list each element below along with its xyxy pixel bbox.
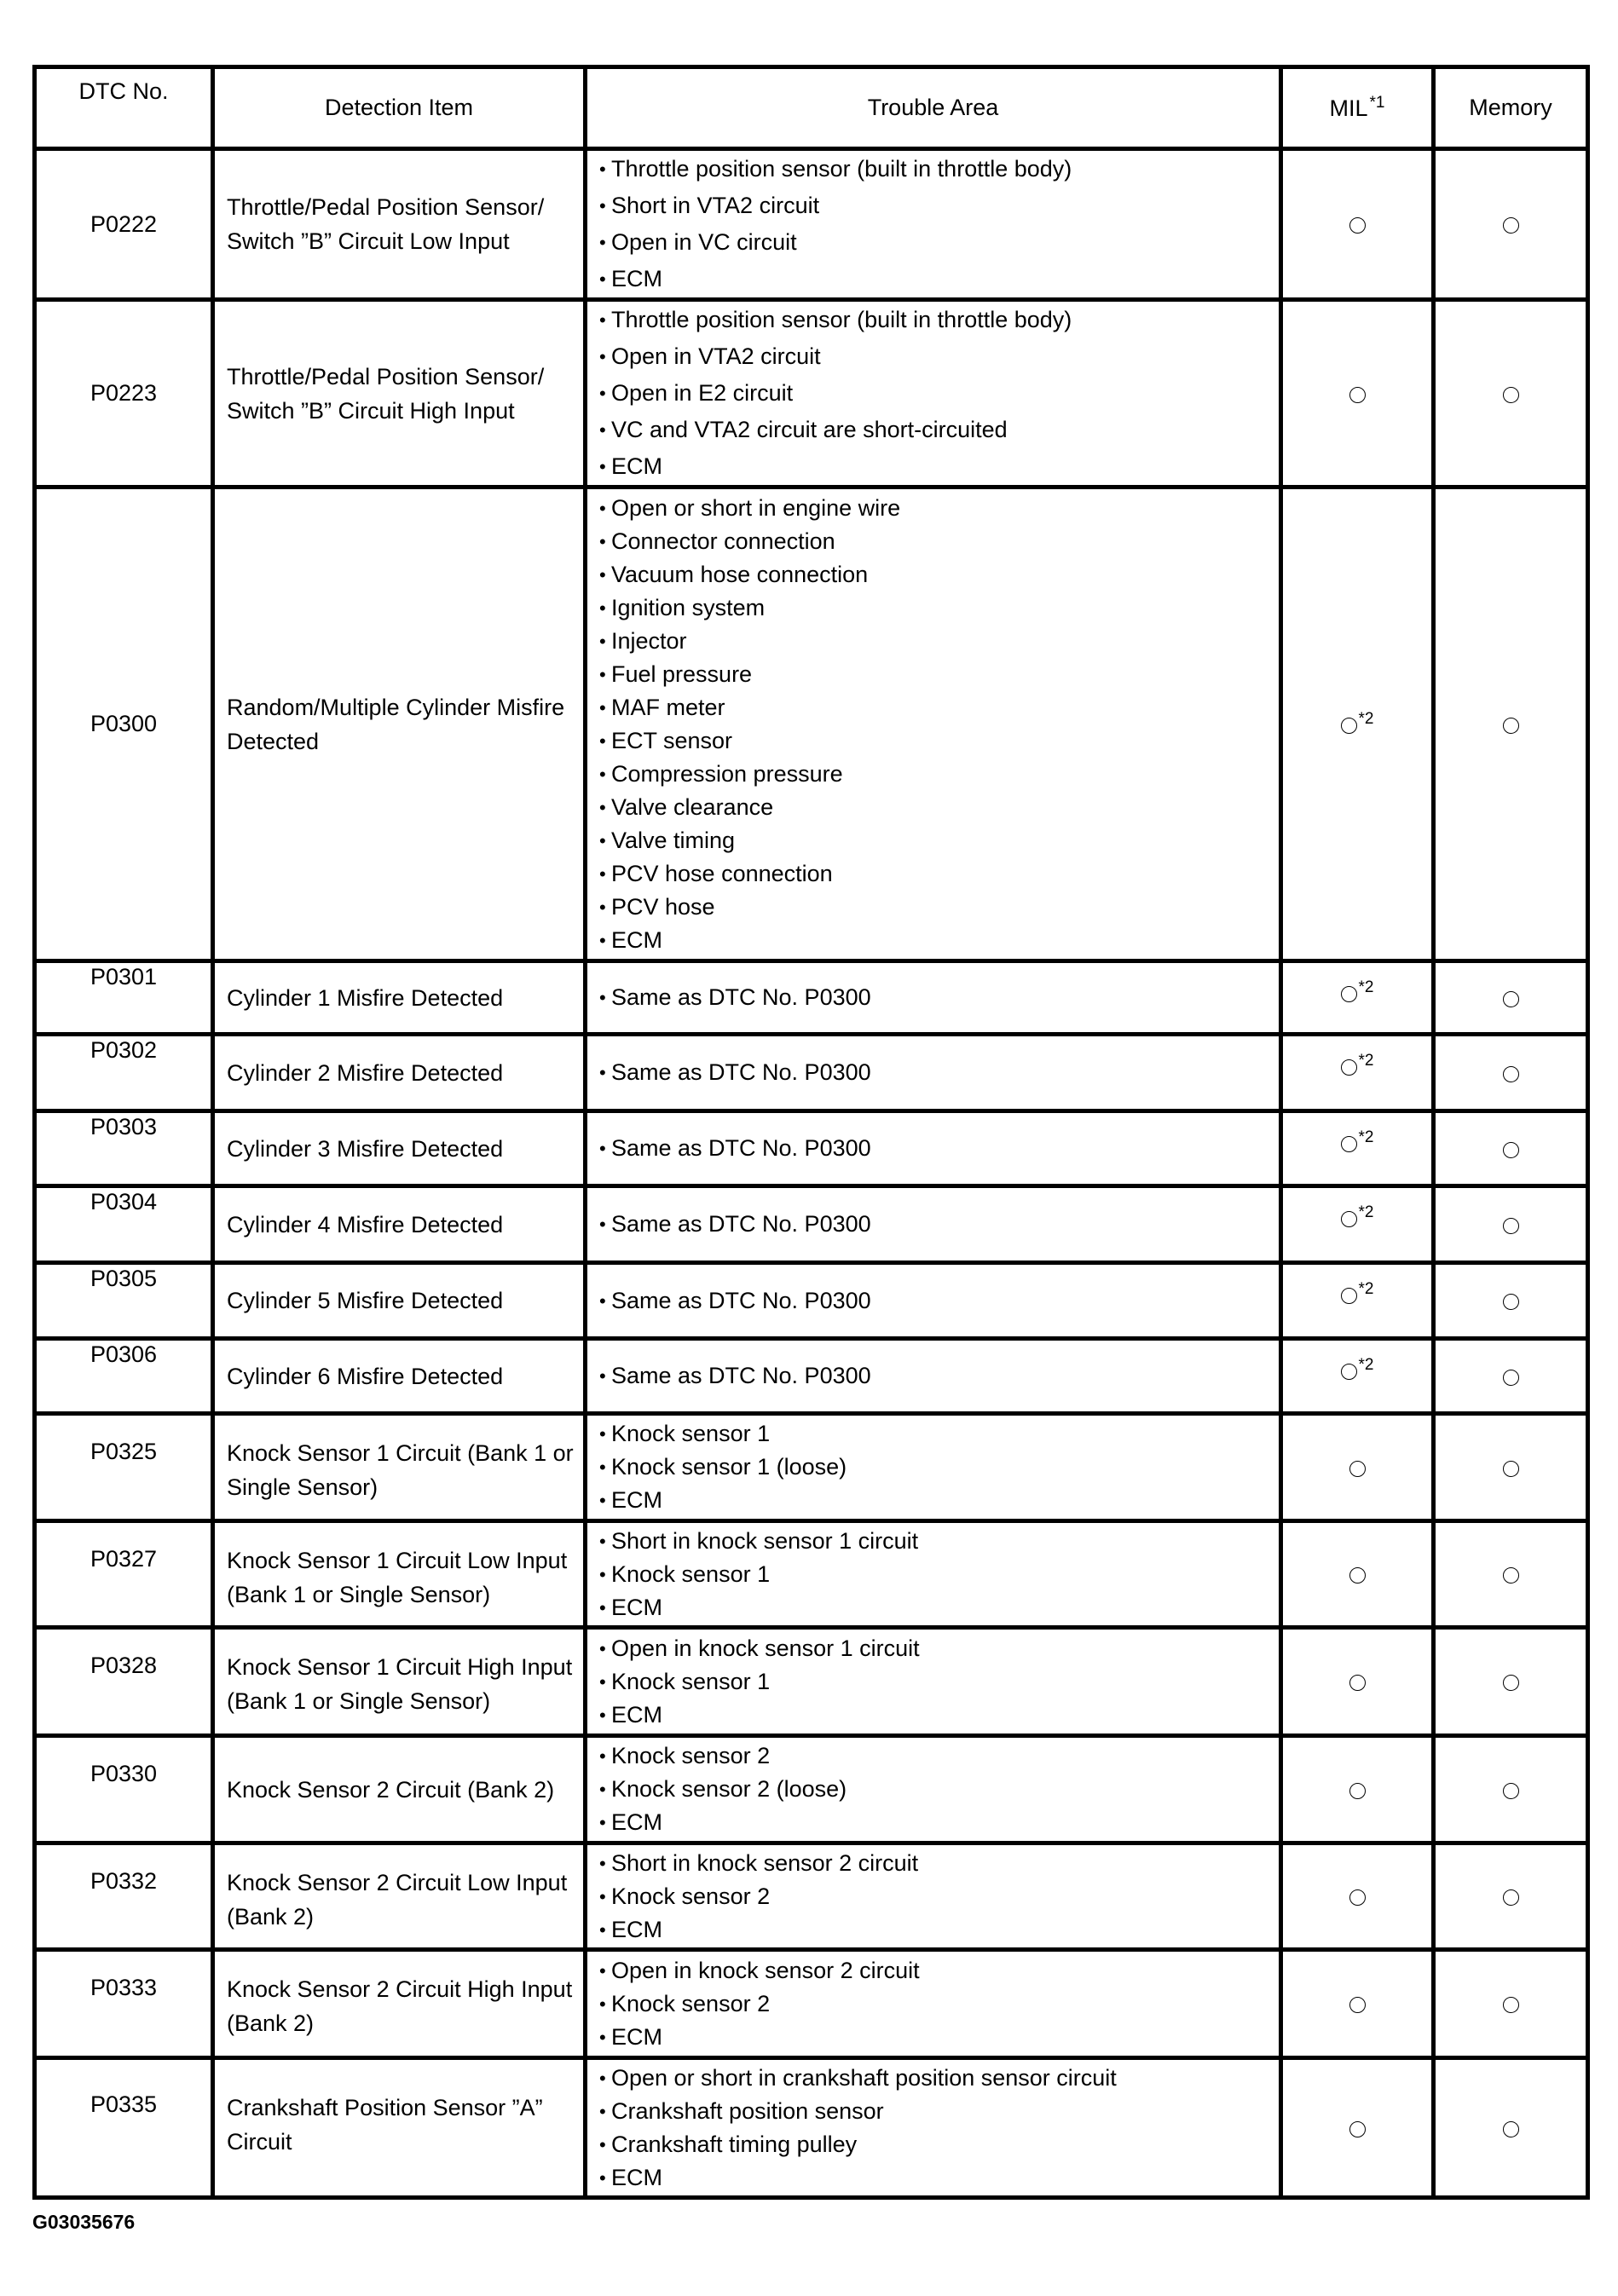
dtc-code: P0330 [35, 1736, 213, 1843]
circle-icon [1349, 1783, 1366, 1799]
mil-footnote: *2 [1359, 1052, 1374, 1070]
dtc-code: P0332 [35, 1843, 213, 1950]
trouble-area-list: •Throttle position sensor (built in thro… [599, 302, 1279, 485]
dtc-code: P0304 [35, 1186, 213, 1263]
trouble-area: •Open in knock sensor 1 circuit•Knock se… [586, 1628, 1281, 1736]
detection-item: Cylinder 3 Misfire Detected [213, 1111, 586, 1186]
trouble-area-item: •Knock sensor 2 (loose) [599, 1773, 1279, 1806]
trouble-area-item: •ECM [599, 261, 1279, 297]
trouble-area-item: •Fuel pressure [599, 658, 1279, 691]
circle-icon [1341, 986, 1357, 1002]
mil-cell: *2 [1281, 1111, 1434, 1186]
trouble-area-item: •Open in knock sensor 2 circuit [599, 1954, 1279, 1987]
trouble-area: •Same as DTC No. P0300 [586, 1035, 1281, 1111]
mil-cell [1281, 2058, 1434, 2198]
mil-cell: *2 [1281, 1263, 1434, 1339]
memory-cell [1434, 487, 1588, 961]
dtc-code: P0328 [35, 1628, 213, 1736]
detection-item: Knock Sensor 2 Circuit (Bank 2) [213, 1736, 586, 1843]
trouble-area-text: ECM [611, 1917, 662, 1942]
memory-cell [1434, 1950, 1588, 2058]
trouble-area-text: ECM [611, 1809, 662, 1835]
trouble-area-item: •VC and VTA2 circuit are short-circuited [599, 412, 1279, 448]
trouble-area-item: •Short in knock sensor 1 circuit [599, 1525, 1279, 1558]
mil-cell [1281, 300, 1434, 487]
dtc-code: P0333 [35, 1950, 213, 2058]
bullet-icon: • [599, 758, 611, 791]
detection-item: Cylinder 5 Misfire Detected [213, 1263, 586, 1339]
bullet-icon: • [599, 492, 611, 525]
trouble-area-text: Open or short in crankshaft position sen… [611, 2065, 1117, 2091]
bullet-icon: • [599, 2128, 611, 2161]
trouble-area: •Same as DTC No. P0300 [586, 1263, 1281, 1339]
trouble-area-text: Same as DTC No. P0300 [611, 984, 871, 1010]
bullet-icon: • [599, 1954, 611, 1987]
memory-cell [1434, 2058, 1588, 2198]
trouble-area-text: Knock sensor 2 [611, 1884, 770, 1909]
bullet-icon: • [599, 225, 611, 261]
trouble-area-text: Knock sensor 1 [611, 1421, 770, 1446]
trouble-area-text: Same as DTC No. P0300 [611, 1211, 871, 1237]
memory-cell [1434, 1111, 1588, 1186]
header-dtc-no: DTC No. [35, 67, 213, 149]
trouble-area-text: PCV hose [611, 894, 715, 920]
trouble-area-item: •Throttle position sensor (built in thro… [599, 302, 1279, 338]
trouble-area-text: Vacuum hose connection [611, 562, 868, 587]
figure-code: G03035676 [32, 2211, 135, 2234]
trouble-area-item: •ECM [599, 448, 1279, 485]
mil-footnote: *2 [1359, 710, 1374, 728]
dtc-code: P0335 [35, 2058, 213, 2198]
trouble-area: •Same as DTC No. P0300 [586, 1339, 1281, 1414]
bullet-icon: • [599, 1484, 611, 1517]
trouble-area-item: •Knock sensor 2 [599, 1987, 1279, 2021]
bullet-icon: • [599, 1987, 611, 2021]
table-row: P0332Knock Sensor 2 Circuit Low Input (B… [35, 1843, 1588, 1950]
trouble-area-item: •ECM [599, 1806, 1279, 1839]
circle-icon [1503, 1997, 1519, 2013]
header-mil: MIL*1 [1281, 67, 1434, 149]
circle-icon [1349, 1889, 1366, 1906]
trouble-area-text: Short in knock sensor 2 circuit [611, 1850, 918, 1876]
trouble-area-item: •Vacuum hose connection [599, 558, 1279, 591]
circle-icon [1503, 387, 1519, 403]
bullet-icon: • [599, 1591, 611, 1624]
trouble-area-item: •Valve timing [599, 824, 1279, 857]
dtc-code: P0302 [35, 1035, 213, 1111]
trouble-area-item: •Short in VTA2 circuit [599, 187, 1279, 224]
circle-icon [1503, 1461, 1519, 1477]
circle-icon [1503, 991, 1519, 1007]
bullet-icon: • [599, 1056, 611, 1089]
trouble-area-list: •Same as DTC No. P0300 [599, 981, 1279, 1014]
bullet-icon: • [599, 1632, 611, 1665]
table-row: P0303Cylinder 3 Misfire Detected•Same as… [35, 1111, 1588, 1186]
trouble-area-item: •Open in VTA2 circuit [599, 338, 1279, 375]
circle-icon [1503, 1066, 1519, 1082]
trouble-area-list: •Throttle position sensor (built in thro… [599, 151, 1279, 297]
trouble-area-list: •Open in knock sensor 2 circuit•Knock se… [599, 1954, 1279, 2054]
circle-icon [1341, 1136, 1357, 1152]
memory-cell [1434, 961, 1588, 1035]
trouble-area: •Throttle position sensor (built in thro… [586, 149, 1281, 300]
trouble-area-text: Same as DTC No. P0300 [611, 1059, 871, 1085]
table-row: P0327Knock Sensor 1 Circuit Low Input (B… [35, 1521, 1588, 1628]
bullet-icon: • [599, 2021, 611, 2054]
trouble-area-text: Short in VTA2 circuit [611, 193, 819, 218]
dtc-table: DTC No. Detection Item Trouble Area MIL*… [32, 65, 1590, 2200]
trouble-area-item: •Same as DTC No. P0300 [599, 1056, 1279, 1089]
trouble-area-item: •Knock sensor 1 [599, 1665, 1279, 1699]
detection-item: Throttle/Pedal Position Sensor/ Switch ”… [213, 149, 586, 300]
trouble-area-item: •Same as DTC No. P0300 [599, 1208, 1279, 1241]
trouble-area-text: Same as DTC No. P0300 [611, 1288, 871, 1313]
bullet-icon: • [599, 1417, 611, 1451]
trouble-area-item: •Short in knock sensor 2 circuit [599, 1847, 1279, 1880]
trouble-area-text: ECT sensor [611, 728, 732, 753]
trouble-area-text: ECM [611, 1702, 662, 1728]
trouble-area-item: •Knock sensor 2 [599, 1880, 1279, 1913]
trouble-area-item: •ECM [599, 1484, 1279, 1517]
bullet-icon: • [599, 791, 611, 824]
trouble-area-text: ECM [611, 266, 662, 291]
circle-icon [1503, 1889, 1519, 1906]
trouble-area-item: •Knock sensor 1 [599, 1558, 1279, 1591]
trouble-area-item: •Valve clearance [599, 791, 1279, 824]
circle-icon [1503, 1218, 1519, 1234]
detection-item: Crankshaft Position Sensor ”A” Circuit [213, 2058, 586, 2198]
trouble-area-list: •Same as DTC No. P0300 [599, 1359, 1279, 1393]
circle-icon [1341, 718, 1357, 734]
trouble-area-list: •Short in knock sensor 2 circuit•Knock s… [599, 1847, 1279, 1947]
detection-item: Knock Sensor 1 Circuit (Bank 1 or Single… [213, 1414, 586, 1521]
trouble-area-list: •Open in knock sensor 1 circuit•Knock se… [599, 1632, 1279, 1732]
header-detection-item: Detection Item [213, 67, 586, 149]
trouble-area-item: •Crankshaft position sensor [599, 2095, 1279, 2128]
trouble-area-item: •Open or short in crankshaft position se… [599, 2062, 1279, 2095]
dtc-code: P0327 [35, 1521, 213, 1628]
circle-icon [1349, 217, 1366, 234]
trouble-area-item: •ECM [599, 2021, 1279, 2054]
bullet-icon: • [599, 658, 611, 691]
memory-cell [1434, 1736, 1588, 1843]
detection-item: Cylinder 2 Misfire Detected [213, 1035, 586, 1111]
trouble-area: •Throttle position sensor (built in thro… [586, 300, 1281, 487]
trouble-area-item: •Knock sensor 2 [599, 1739, 1279, 1773]
table-row: P0330Knock Sensor 2 Circuit (Bank 2)•Kno… [35, 1736, 1588, 1843]
bullet-icon: • [599, 303, 611, 338]
circle-icon [1503, 1783, 1519, 1799]
detection-item: Cylinder 4 Misfire Detected [213, 1186, 586, 1263]
bullet-icon: • [599, 376, 611, 412]
bullet-icon: • [599, 1525, 611, 1558]
trouble-area-text: Knock sensor 1 [611, 1669, 770, 1694]
bullet-icon: • [599, 857, 611, 891]
trouble-area: •Open or short in engine wire•Connector … [586, 487, 1281, 961]
table-row: P0222Throttle/Pedal Position Sensor/ Swi… [35, 149, 1588, 300]
circle-icon [1503, 1294, 1519, 1310]
trouble-area-text: Compression pressure [611, 761, 843, 787]
trouble-area-text: Open in E2 circuit [611, 380, 793, 406]
header-mil-label: MIL [1330, 95, 1368, 121]
mil-footnote: *2 [1359, 978, 1374, 996]
trouble-area-text: Short in knock sensor 1 circuit [611, 1528, 918, 1554]
bullet-icon: • [599, 2161, 611, 2195]
table-row: P0306Cylinder 6 Misfire Detected•Same as… [35, 1339, 1588, 1414]
table-row: P0333Knock Sensor 2 Circuit High Input (… [35, 1950, 1588, 2058]
trouble-area-text: PCV hose connection [611, 861, 833, 886]
trouble-area-text: ECM [611, 1487, 662, 1513]
bullet-icon: • [599, 981, 611, 1014]
bullet-icon: • [599, 525, 611, 558]
bullet-icon: • [599, 152, 611, 187]
circle-icon [1349, 2121, 1366, 2137]
trouble-area-item: •Injector [599, 625, 1279, 658]
mil-cell [1281, 1414, 1434, 1521]
trouble-area-text: Injector [611, 628, 687, 654]
trouble-area: •Same as DTC No. P0300 [586, 1186, 1281, 1263]
trouble-area-list: •Same as DTC No. P0300 [599, 1132, 1279, 1165]
table-header-row: DTC No. Detection Item Trouble Area MIL*… [35, 67, 1588, 149]
trouble-area: •Same as DTC No. P0300 [586, 1111, 1281, 1186]
bullet-icon: • [599, 1208, 611, 1241]
trouble-area-text: Knock sensor 1 (loose) [611, 1454, 847, 1480]
table-row: P0335Crankshaft Position Sensor ”A” Circ… [35, 2058, 1588, 2198]
mil-footnote: *2 [1359, 1356, 1374, 1374]
table-row: P0300Random/Multiple Cylinder Misfire De… [35, 487, 1588, 961]
mil-cell [1281, 1736, 1434, 1843]
header-memory: Memory [1434, 67, 1588, 149]
circle-icon [1503, 1142, 1519, 1158]
mil-cell: *2 [1281, 1035, 1434, 1111]
circle-icon [1349, 1461, 1366, 1477]
mil-cell: *2 [1281, 1186, 1434, 1263]
trouble-area-item: •Open in knock sensor 1 circuit [599, 1632, 1279, 1665]
detection-item: Throttle/Pedal Position Sensor/ Switch ”… [213, 300, 586, 487]
trouble-area-item: •ECM [599, 2161, 1279, 2195]
trouble-area-item: •PCV hose [599, 891, 1279, 924]
detection-item: Knock Sensor 2 Circuit High Input (Bank … [213, 1950, 586, 2058]
trouble-area-text: Open or short in engine wire [611, 495, 900, 521]
trouble-area-text: Open in VC circuit [611, 229, 797, 255]
trouble-area-text: Valve clearance [611, 794, 773, 820]
bullet-icon: • [599, 1451, 611, 1484]
trouble-area-text: Crankshaft timing pulley [611, 2132, 857, 2157]
circle-icon [1349, 1675, 1366, 1691]
trouble-area-text: ECM [611, 927, 662, 953]
trouble-area-text: Connector connection [611, 528, 835, 554]
mil-cell: *2 [1281, 961, 1434, 1035]
trouble-area-text: ECM [611, 2024, 662, 2050]
trouble-area-list: •Short in knock sensor 1 circuit•Knock s… [599, 1525, 1279, 1624]
bullet-icon: • [599, 724, 611, 758]
mil-cell [1281, 1628, 1434, 1736]
circle-icon [1341, 1059, 1357, 1076]
trouble-area: •Same as DTC No. P0300 [586, 961, 1281, 1035]
trouble-area-item: •Knock sensor 1 (loose) [599, 1451, 1279, 1484]
detection-item: Knock Sensor 1 Circuit Low Input (Bank 1… [213, 1521, 586, 1628]
memory-cell [1434, 300, 1588, 487]
memory-cell [1434, 1628, 1588, 1736]
trouble-area-item: •Same as DTC No. P0300 [599, 1132, 1279, 1165]
bullet-icon: • [599, 625, 611, 658]
mil-footnote: *2 [1359, 1128, 1374, 1146]
mil-cell [1281, 1950, 1434, 2058]
mil-cell [1281, 1843, 1434, 1950]
table-row: P0325Knock Sensor 1 Circuit (Bank 1 or S… [35, 1414, 1588, 1521]
memory-cell [1434, 1414, 1588, 1521]
trouble-area-item: •ECM [599, 1699, 1279, 1732]
circle-icon [1503, 2121, 1519, 2137]
header-trouble-area: Trouble Area [586, 67, 1281, 149]
trouble-area-text: ECM [611, 1595, 662, 1620]
dtc-code: P0300 [35, 487, 213, 961]
memory-cell [1434, 1035, 1588, 1111]
circle-icon [1503, 718, 1519, 734]
mil-cell [1281, 1521, 1434, 1628]
trouble-area-list: •Same as DTC No. P0300 [599, 1284, 1279, 1318]
memory-cell [1434, 1843, 1588, 1950]
bullet-icon: • [599, 262, 611, 297]
table-body: P0222Throttle/Pedal Position Sensor/ Swi… [35, 149, 1588, 2198]
trouble-area-item: •Same as DTC No. P0300 [599, 1284, 1279, 1318]
trouble-area-text: Same as DTC No. P0300 [611, 1363, 871, 1388]
trouble-area: •Short in knock sensor 2 circuit•Knock s… [586, 1843, 1281, 1950]
bullet-icon: • [599, 412, 611, 448]
mil-cell [1281, 149, 1434, 300]
bullet-icon: • [599, 1806, 611, 1839]
circle-icon [1341, 1288, 1357, 1304]
bullet-icon: • [599, 824, 611, 857]
circle-icon [1349, 1567, 1366, 1584]
memory-cell [1434, 149, 1588, 300]
bullet-icon: • [599, 891, 611, 924]
dtc-code: P0303 [35, 1111, 213, 1186]
bullet-icon: • [599, 1739, 611, 1773]
trouble-area: •Open or short in crankshaft position se… [586, 2058, 1281, 2198]
mil-footnote: *2 [1359, 1280, 1374, 1298]
table-row: P0302Cylinder 2 Misfire Detected•Same as… [35, 1035, 1588, 1111]
trouble-area-list: •Knock sensor 2•Knock sensor 2 (loose)•E… [599, 1739, 1279, 1839]
trouble-area-item: •Open in VC circuit [599, 224, 1279, 261]
trouble-area-list: •Knock sensor 1•Knock sensor 1 (loose)•E… [599, 1417, 1279, 1517]
bullet-icon: • [599, 1773, 611, 1806]
mil-cell: *2 [1281, 1339, 1434, 1414]
trouble-area-text: Knock sensor 2 [611, 1743, 770, 1768]
detection-item: Random/Multiple Cylinder Misfire Detecte… [213, 487, 586, 961]
table-row: P0223Throttle/Pedal Position Sensor/ Swi… [35, 300, 1588, 487]
dtc-code: P0325 [35, 1414, 213, 1521]
trouble-area-text: Throttle position sensor (built in throt… [611, 156, 1072, 182]
bullet-icon: • [599, 188, 611, 224]
trouble-area-item: •MAF meter [599, 691, 1279, 724]
trouble-area-item: •Same as DTC No. P0300 [599, 1359, 1279, 1393]
table-row: P0301Cylinder 1 Misfire Detected•Same as… [35, 961, 1588, 1035]
circle-icon [1503, 1567, 1519, 1584]
circle-icon [1349, 1997, 1366, 2013]
bullet-icon: • [599, 2062, 611, 2095]
trouble-area-item: •Knock sensor 1 [599, 1417, 1279, 1451]
bullet-icon: • [599, 1913, 611, 1947]
memory-cell [1434, 1339, 1588, 1414]
trouble-area-item: •PCV hose connection [599, 857, 1279, 891]
memory-cell [1434, 1521, 1588, 1628]
bullet-icon: • [599, 339, 611, 375]
trouble-area-text: Open in VTA2 circuit [611, 343, 821, 369]
trouble-area-text: Knock sensor 2 (loose) [611, 1776, 847, 1802]
bullet-icon: • [599, 1665, 611, 1699]
mil-cell: *2 [1281, 487, 1434, 961]
bullet-icon: • [599, 1699, 611, 1732]
trouble-area-item: •Throttle position sensor (built in thro… [599, 151, 1279, 187]
dtc-code: P0305 [35, 1263, 213, 1339]
detection-item: Knock Sensor 1 Circuit High Input (Bank … [213, 1628, 586, 1736]
bullet-icon: • [599, 1880, 611, 1913]
circle-icon [1503, 1675, 1519, 1691]
trouble-area-text: Open in knock sensor 2 circuit [611, 1958, 920, 1983]
dtc-code: P0306 [35, 1339, 213, 1414]
trouble-area-item: •Same as DTC No. P0300 [599, 981, 1279, 1014]
bullet-icon: • [599, 591, 611, 625]
detection-item: Cylinder 1 Misfire Detected [213, 961, 586, 1035]
table-row: P0328Knock Sensor 1 Circuit High Input (… [35, 1628, 1588, 1736]
trouble-area: •Short in knock sensor 1 circuit•Knock s… [586, 1521, 1281, 1628]
trouble-area-item: •Ignition system [599, 591, 1279, 625]
trouble-area-item: •Open or short in engine wire [599, 492, 1279, 525]
trouble-area-text: Crankshaft position sensor [611, 2098, 884, 2124]
trouble-area-text: VC and VTA2 circuit are short-circuited [611, 417, 1008, 442]
trouble-area-text: Ignition system [611, 595, 765, 620]
bullet-icon: • [599, 1359, 611, 1393]
memory-cell [1434, 1186, 1588, 1263]
trouble-area: •Knock sensor 1•Knock sensor 1 (loose)•E… [586, 1414, 1281, 1521]
bullet-icon: • [599, 449, 611, 485]
bullet-icon: • [599, 558, 611, 591]
bullet-icon: • [599, 1132, 611, 1165]
mil-footnote: *2 [1359, 1203, 1374, 1221]
bullet-icon: • [599, 1558, 611, 1591]
trouble-area-item: •Compression pressure [599, 758, 1279, 791]
trouble-area-item: •ECM [599, 1591, 1279, 1624]
circle-icon [1341, 1364, 1357, 1380]
bullet-icon: • [599, 924, 611, 957]
trouble-area-item: •ECT sensor [599, 724, 1279, 758]
trouble-area-text: MAF meter [611, 695, 725, 720]
trouble-area-text: ECM [611, 2165, 662, 2190]
bullet-icon: • [599, 1284, 611, 1318]
table-row: P0304Cylinder 4 Misfire Detected•Same as… [35, 1186, 1588, 1263]
trouble-area-text: Throttle position sensor (built in throt… [611, 307, 1072, 332]
circle-icon [1503, 1370, 1519, 1386]
trouble-area-list: •Same as DTC No. P0300 [599, 1208, 1279, 1241]
circle-icon [1349, 387, 1366, 403]
trouble-area-text: Fuel pressure [611, 661, 752, 687]
trouble-area-item: •Open in E2 circuit [599, 375, 1279, 412]
trouble-area-text: Knock sensor 1 [611, 1561, 770, 1587]
trouble-area-list: •Same as DTC No. P0300 [599, 1056, 1279, 1089]
trouble-area-text: Knock sensor 2 [611, 1991, 770, 2016]
dtc-code: P0301 [35, 961, 213, 1035]
trouble-area-text: Same as DTC No. P0300 [611, 1135, 871, 1161]
dtc-code: P0223 [35, 300, 213, 487]
circle-icon [1341, 1211, 1357, 1227]
trouble-area-list: •Open or short in engine wire•Connector … [599, 492, 1279, 957]
bullet-icon: • [599, 1847, 611, 1880]
trouble-area-item: •Connector connection [599, 525, 1279, 558]
trouble-area-item: •Crankshaft timing pulley [599, 2128, 1279, 2161]
bullet-icon: • [599, 2095, 611, 2128]
dtc-code: P0222 [35, 149, 213, 300]
